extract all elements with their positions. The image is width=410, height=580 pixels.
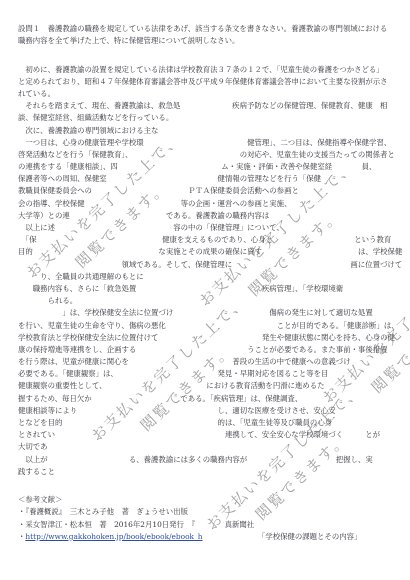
doc-line: ・采女智津江・松本恒 著 2016年2月10日発行 『 真新聞社 — [18, 519, 410, 531]
doc-line: 康の保持増進等連携をし、企画する うことが必要である。また事前・事後措置 — [18, 344, 410, 356]
doc-line: 保護者等への周知、保健室 健情報の管理などを行う「保健 — [18, 173, 410, 185]
doc-lines: 設問１ 養護教諭の職務を規定している法律をあげ、該当する条文を書きなさい。養護教… — [18, 23, 410, 531]
doc-line: 必要である。「健康観察」は、 発見・早期対応を図ること等を目 — [18, 368, 410, 380]
doc-line: の連携をする「健康相談」、四 ム・実施・評価・改善や保健室経 員、 — [18, 161, 410, 173]
doc-line: 談、保健室経営、組織活動などを行っている。 — [18, 112, 410, 124]
doc-line: と定められており、昭和４７年保健体育審議会答申及び平成９年保健体育審議会答申にお… — [18, 76, 410, 88]
doc-line: 大切であ — [18, 441, 410, 453]
document-body: 設問１ 養護教諭の職務を規定している法律をあげ、該当する条文を書きなさい。養護教… — [18, 23, 410, 543]
doc-line: 践すること — [18, 466, 410, 478]
doc-line: 以上が る、養護教諭には多くの職務内容が 把握し、実 — [18, 454, 410, 466]
doc-line: 初めに、養護教諭の設置を規定している法律は学校教育法３７条の１２で、「児童生徒の… — [18, 64, 410, 76]
doc-line: 領域である。そして、保健管理に 画に位置づけて — [18, 259, 410, 271]
document-page: 設問１ 養護教諭の職務を規定している法律をあげ、該当する条文を書きなさい。養護教… — [0, 0, 410, 580]
doc-line: 職務内容も、さらに「救急処置 疾病管理」、「学校環境衛 — [18, 283, 410, 295]
reference-link-tail: 「学校保健の課題とその内容」 — [203, 532, 362, 541]
doc-line: 職務内容を全て挙げた上で、特に保健管理について説明しなさい。 — [18, 35, 410, 47]
doc-line: 大学等）との連 である。養護教諭の職務内容は — [18, 210, 410, 222]
doc-line: とされてい 連携して、安全安心な学校環境づく とが — [18, 429, 410, 441]
doc-line: られる。 — [18, 295, 410, 307]
doc-blank-line — [18, 478, 410, 494]
doc-line: 教職員保健委員会への ＰＴＡ保健委員会活動への参画と — [18, 185, 410, 197]
reference-link-line: ・http://www.gakkohoken.jp/book/ebook/ebo… — [18, 531, 410, 543]
doc-line: 会の指導、学校保健 等の企画・運営への参画と実施、 — [18, 198, 410, 210]
doc-line: 「保 健康を支えるものであり、心身と という教育 — [18, 234, 410, 246]
doc-line: となどを目的 的は、「児童生徒等及び職員の心身 — [18, 417, 410, 429]
doc-line: 学校教育法と学校保健安全法に位置付けて 発生や健康状態に関心を持ち、心身の健 — [18, 332, 410, 344]
doc-line: 握するため、毎日欠か である。「疾病管理」は、保健調査、 — [18, 393, 410, 405]
doc-line: 以上に述 容の中の「保健管理」について、 — [18, 222, 410, 234]
doc-line: を行う際は、児童が健康に関心を 普段の生活の中で健康への意義づけ — [18, 356, 410, 368]
doc-line: ＜参考文献＞ — [18, 494, 410, 506]
doc-line: を行い、児童生徒の生命を守り、傷病の悪化 ことが目的である。「健康診断」は、 — [18, 320, 410, 332]
doc-line: 次に、養護教諭の専門領域における主な — [18, 125, 410, 137]
doc-line: れている。 — [18, 88, 410, 100]
doc-line: それらを踏まえて、現在、養護教諭は、救急処 疾病予防などの保健管理、保健教育、健… — [18, 100, 410, 112]
doc-line: 目的 な実施とその成果の確保に資す は、学校保健 — [18, 246, 410, 258]
doc-line: 健康観察の重要性として、 における教育活動を円滑に進めるた — [18, 380, 410, 392]
doc-line: 健康相談等により し、適切な医療を受けさせ、安心安 — [18, 405, 410, 417]
doc-line: 啓発活動などを行う「保健教育」、 の対応や、児童生徒の支援当たっての関係者と — [18, 149, 410, 161]
doc-line: 設問１ 養護教諭の職務を規定している法律をあげ、該当する条文を書きなさい。養護教… — [18, 23, 410, 35]
doc-line: り、全職員の共通理解のもとに — [18, 271, 410, 283]
doc-blank-line — [18, 47, 410, 63]
doc-line: 」は、学校保健安全法に位置づけ 傷病の発生に対して適切な処置 — [18, 307, 410, 319]
doc-line: 一つ目は、心身の健康管理や学校環 健管理」、二つ目は、保健指導や保健学習、 — [18, 137, 410, 149]
reference-url-link[interactable]: http://www.gakkohoken.jp/book/ebook/eboo… — [25, 532, 202, 541]
doc-line: ・『養護概説』 三木とみ子他 著 ぎょうせい出版 — [18, 506, 410, 518]
